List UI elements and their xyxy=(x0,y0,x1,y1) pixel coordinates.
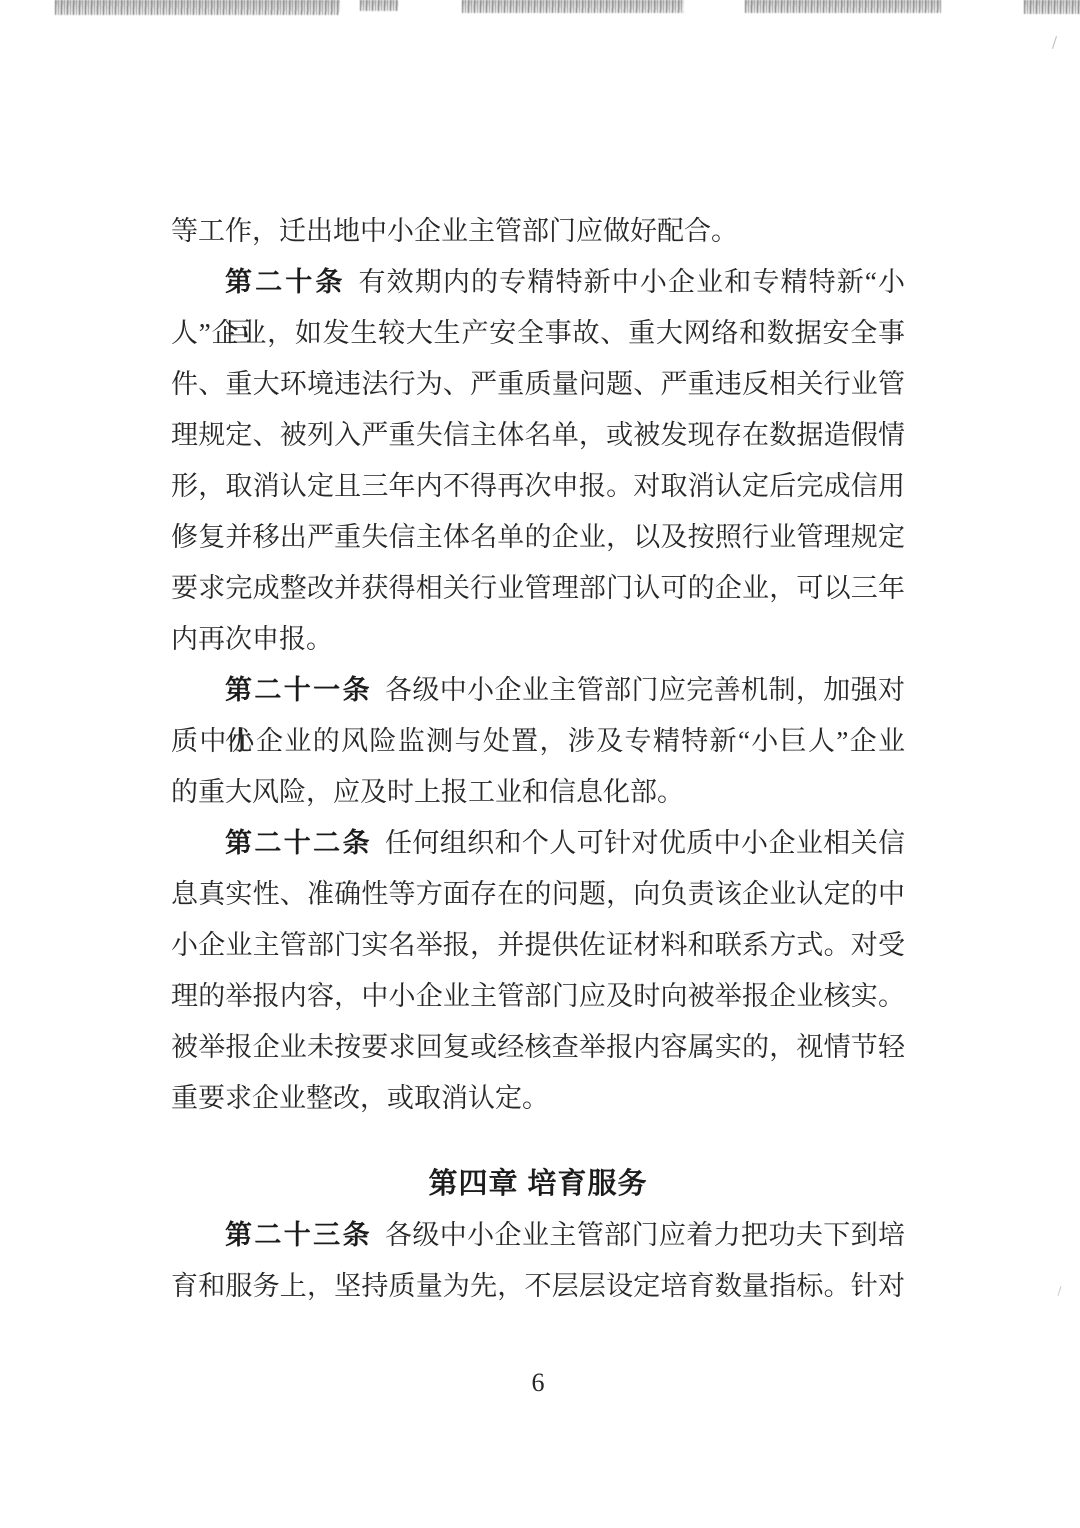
article-number: 第二十一条 xyxy=(225,675,372,705)
line-text: 件、重大环境违法行为、严重质量问题、严重违反相关行业管 xyxy=(171,369,905,399)
article-number: 第二十条 xyxy=(225,267,346,297)
text-line: 件、重大环境违法行为、严重质量问题、严重违反相关行业管 xyxy=(171,359,905,410)
line-text: 理的举报内容，中小企业主管部门应及时向被举报企业核实。 xyxy=(171,981,905,1011)
text-line: 修复并移出严重失信主体名单的企业，以及按照行业管理规定 xyxy=(171,512,905,563)
text-line: 育和服务上，坚持质量为先，不层层设定培育数量指标。针对 xyxy=(171,1261,905,1312)
scan-speck xyxy=(1057,1286,1061,1296)
text-line: 第二十二条任何组织和个人可针对优质中小企业相关信 xyxy=(171,818,905,869)
document-body: 等工作，迁出地中小企业主管部门应做好配合。第二十条有效期内的专精特新中小企业和专… xyxy=(171,206,905,1312)
scanner-noise-band xyxy=(360,0,398,11)
line-text: 人”企业，如发生较大生产安全事故、重大网络和数据安全事 xyxy=(171,318,905,348)
chapter-heading: 第四章 培育服务 xyxy=(171,1159,905,1210)
text-line: 等工作，迁出地中小企业主管部门应做好配合。 xyxy=(171,206,905,257)
line-text: 内再次申报。 xyxy=(171,624,333,654)
text-line: 人”企业，如发生较大生产安全事故、重大网络和数据安全事 xyxy=(171,308,905,359)
text-line: 理的举报内容，中小企业主管部门应及时向被举报企业核实。 xyxy=(171,971,905,1022)
line-text: 质中小企业的风险监测与处置，涉及专精特新“小巨人”企业 xyxy=(171,726,905,756)
line-text: 任何组织和个人可针对优质中小企业相关信 xyxy=(385,828,905,858)
line-text: 理规定、被列入严重失信主体名单，或被发现存在数据造假情 xyxy=(171,420,905,450)
line-text: 修复并移出严重失信主体名单的企业，以及按照行业管理规定 xyxy=(171,522,905,552)
text-line: 小企业主管部门实名举报，并提供佐证材料和联系方式。对受 xyxy=(171,920,905,971)
text-line: 息真实性、准确性等方面存在的问题，向负责该企业认定的中 xyxy=(171,869,905,920)
article-number: 第二十二条 xyxy=(225,828,372,858)
line-text: 等工作，迁出地中小企业主管部门应做好配合。 xyxy=(171,216,738,246)
scanner-noise-band xyxy=(745,0,941,13)
text-line: 重要求企业整改，或取消认定。 xyxy=(171,1073,905,1124)
line-text: 重要求企业整改，或取消认定。 xyxy=(171,1083,549,1113)
text-line: 理规定、被列入严重失信主体名单，或被发现存在数据造假情 xyxy=(171,410,905,461)
scanned-document-page: 等工作，迁出地中小企业主管部门应做好配合。第二十条有效期内的专精特新中小企业和专… xyxy=(0,0,1080,1528)
text-line: 形，取消认定且三年内不得再次申报。对取消认定后完成信用 xyxy=(171,461,905,512)
text-line: 内再次申报。 xyxy=(171,614,905,665)
scanner-noise-band xyxy=(1024,0,1080,14)
line-text: 各级中小企业主管部门应着力把功夫下到培 xyxy=(385,1220,905,1250)
text-line: 的重大风险，应及时上报工业和信息化部。 xyxy=(171,767,905,818)
text-line: 第二十条有效期内的专精特新中小企业和专精特新“小巨 xyxy=(171,257,905,308)
line-text: 要求完成整改并获得相关行业管理部门认可的企业，可以三年 xyxy=(171,573,905,603)
text-line: 质中小企业的风险监测与处置，涉及专精特新“小巨人”企业 xyxy=(171,716,905,767)
line-text: 的重大风险，应及时上报工业和信息化部。 xyxy=(171,777,684,807)
scan-speck xyxy=(1052,36,1057,49)
text-line: 要求完成整改并获得相关行业管理部门认可的企业，可以三年 xyxy=(171,563,905,614)
line-text: 形，取消认定且三年内不得再次申报。对取消认定后完成信用 xyxy=(171,471,905,501)
line-text: 育和服务上，坚持质量为先，不层层设定培育数量指标。针对 xyxy=(171,1271,905,1301)
line-text: 小企业主管部门实名举报，并提供佐证材料和联系方式。对受 xyxy=(171,930,905,960)
line-text: 被举报企业未按要求回复或经核查举报内容属实的，视情节轻 xyxy=(171,1032,905,1062)
text-line: 被举报企业未按要求回复或经核查举报内容属实的，视情节轻 xyxy=(171,1022,905,1073)
text-line: 第二十三条各级中小企业主管部门应着力把功夫下到培 xyxy=(171,1210,905,1261)
scanner-noise-band xyxy=(55,0,340,15)
page-number: 6 xyxy=(171,1368,905,1398)
text-line: 第二十一条各级中小企业主管部门应完善机制，加强对优 xyxy=(171,665,905,716)
line-text: 息真实性、准确性等方面存在的问题，向负责该企业认定的中 xyxy=(171,879,905,909)
scanner-noise-band xyxy=(462,0,684,13)
article-number: 第二十三条 xyxy=(225,1220,372,1250)
